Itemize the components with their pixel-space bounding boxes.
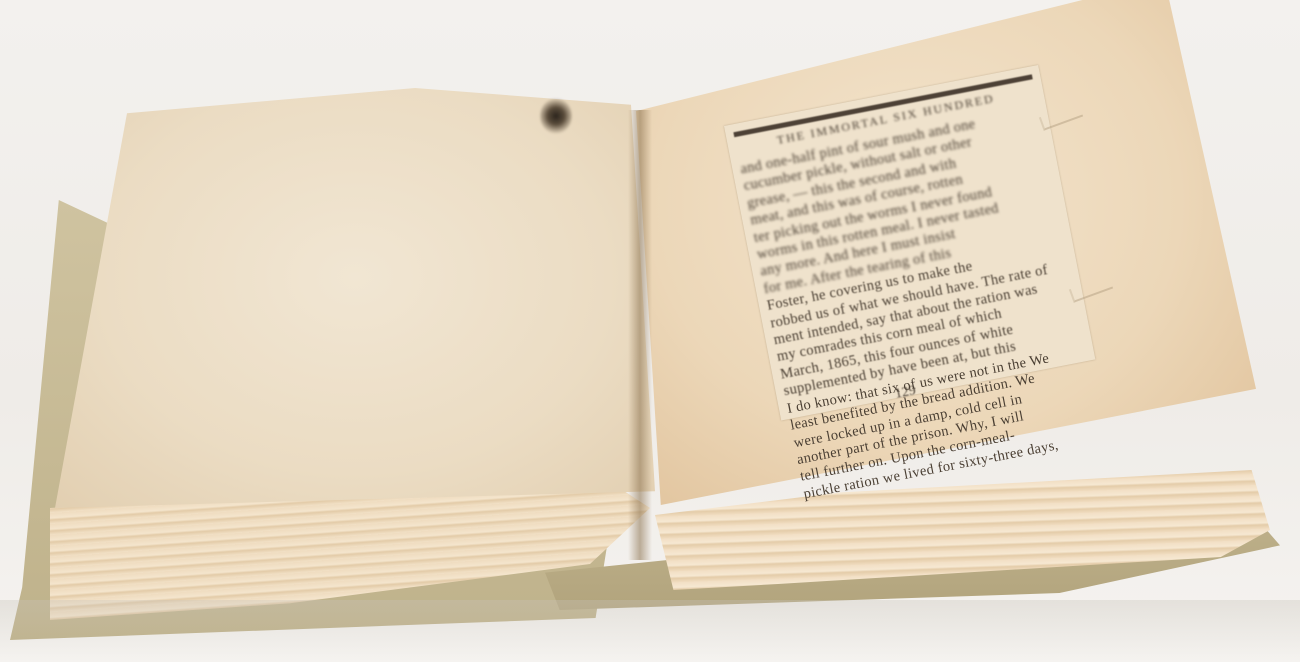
blank-left-page — [55, 88, 655, 508]
table-surface — [0, 600, 1300, 662]
photo-scene: THE IMMORTAL SIX HUNDRED and one-half pi… — [0, 0, 1300, 662]
book-gutter — [628, 110, 652, 560]
ink-spot — [540, 98, 572, 134]
